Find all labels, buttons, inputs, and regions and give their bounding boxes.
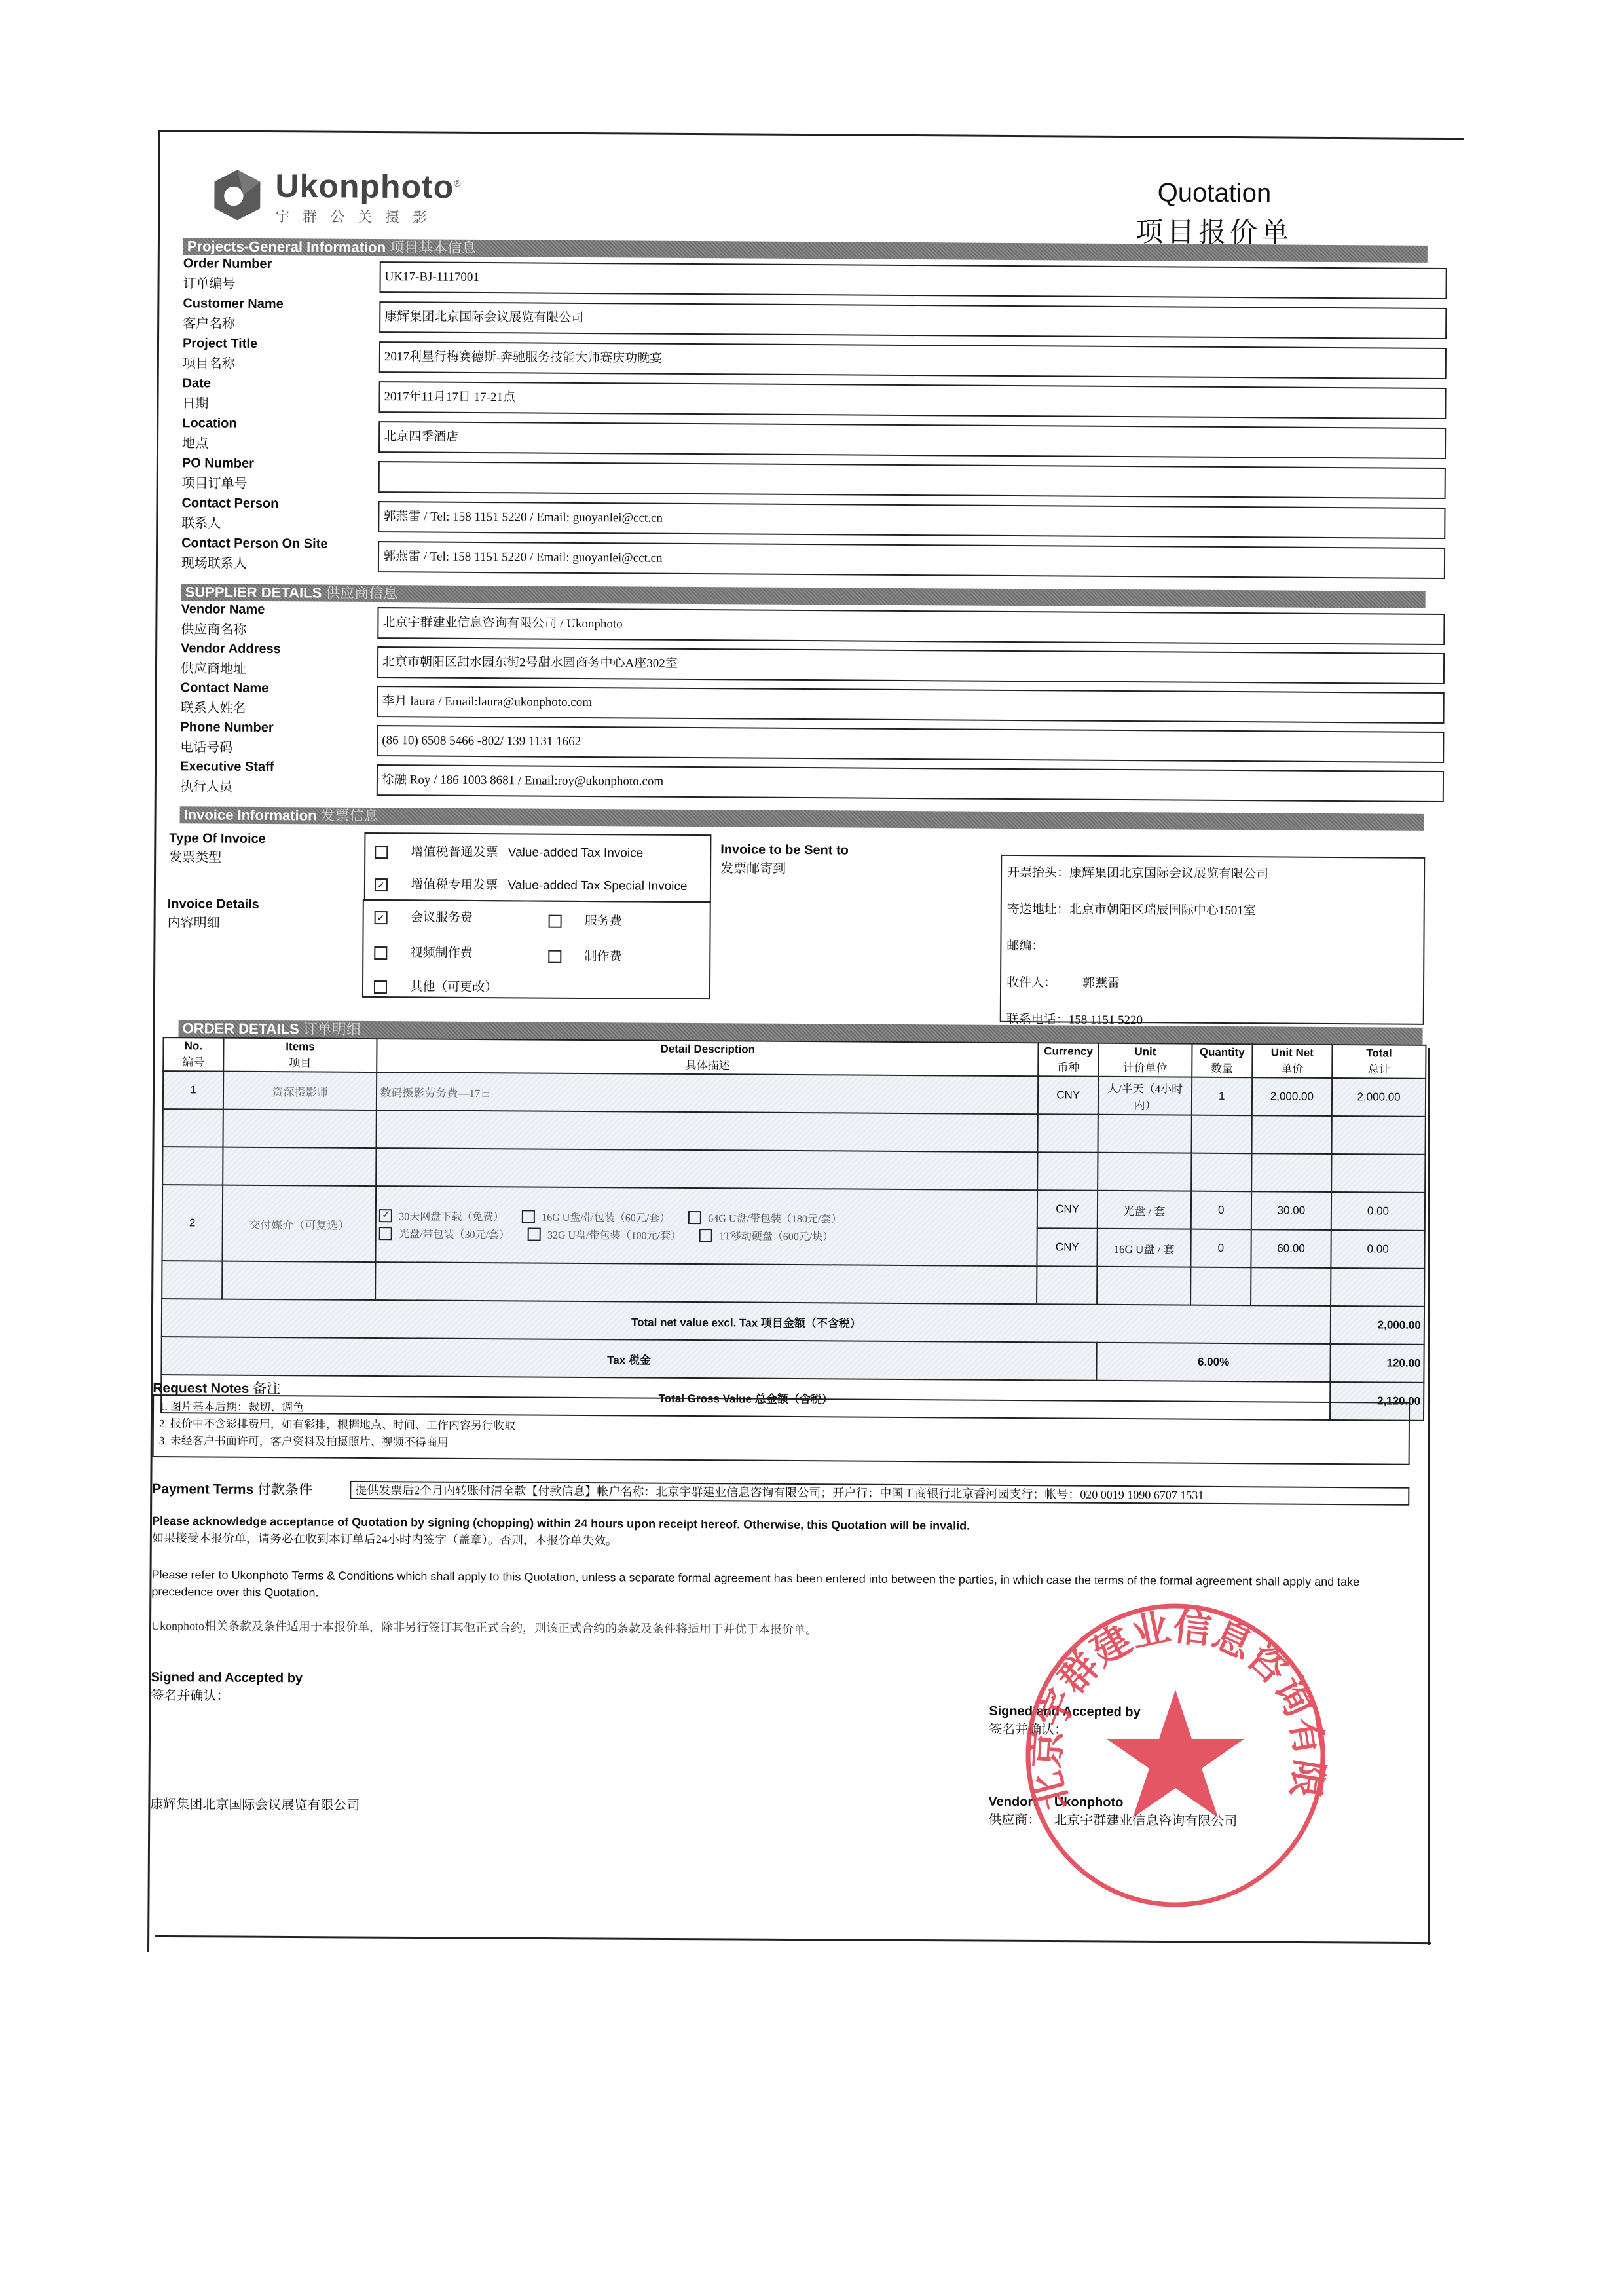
delivery-option-label: 32G U盘/带包装（100元/套） bbox=[547, 1227, 681, 1242]
checkbox[interactable] bbox=[688, 1210, 701, 1223]
checkbox[interactable] bbox=[375, 846, 388, 859]
section-invoice-header: Invoice Information发票信息 bbox=[180, 806, 1424, 831]
general-row: Date 日期 2017年11月17日 17-21点 bbox=[182, 376, 1459, 422]
cell-currency: CNY bbox=[1037, 1228, 1098, 1267]
cell-item: 交付媒介（可复选） bbox=[222, 1185, 376, 1262]
field-label: Date 日期 bbox=[182, 376, 378, 413]
order-table: No. 编号 Items 项目 Detail Description 具体描述 … bbox=[160, 1037, 1426, 1421]
field-value: 康辉集团北京国际会议展览有限公司 bbox=[379, 301, 1447, 339]
cell-desc: 数码摄影劳务费—17日 bbox=[377, 1072, 1038, 1114]
invoice-detail-option[interactable]: 制作费 bbox=[548, 946, 621, 965]
field-value: UK17-BJ-1117001 bbox=[379, 261, 1447, 299]
payment-terms-value: 提供发票后2个月内转账付清全款【付款信息】帐户名称：北京宇群建业信息咨询有限公司… bbox=[350, 1481, 1409, 1506]
checkbox[interactable] bbox=[699, 1229, 712, 1242]
field-value: 郭燕雷 / Tel: 158 1151 5220 / Email: guoyan… bbox=[378, 541, 1445, 579]
column-header: Quantity 数量 bbox=[1192, 1044, 1252, 1078]
title-en: Quotation bbox=[1135, 178, 1293, 208]
column-header: Detail Description 具体描述 bbox=[377, 1039, 1039, 1076]
invoice-type-option[interactable]: 增值税普通发票 Value-added Tax Invoice bbox=[375, 842, 643, 861]
invoice-type-label: Type Of Invoice 发票类型 bbox=[169, 831, 266, 866]
checkbox[interactable] bbox=[549, 915, 562, 928]
cell-unit-net: 30.00 bbox=[1251, 1191, 1331, 1230]
field-label: Contact Person On Site 现场联系人 bbox=[181, 536, 378, 572]
delivery-option-label: 光盘/带包装（30元/套） bbox=[399, 1225, 509, 1241]
column-header: Items 项目 bbox=[223, 1038, 377, 1072]
checkbox[interactable]: ✓ bbox=[379, 1209, 392, 1222]
cell-no: 2 bbox=[162, 1185, 223, 1261]
field-label: Project Title 项目名称 bbox=[183, 336, 379, 373]
general-row: Customer Name 客户名称 康辉集团北京国际会议展览有限公司 bbox=[183, 296, 1460, 342]
general-row: Order Number 订单编号 UK17-BJ-1117001 bbox=[183, 256, 1460, 302]
invoice-type-option[interactable]: ✓ 增值税专用发票 Value-added Tax Special Invoic… bbox=[375, 874, 688, 894]
invoice-detail-option[interactable]: ✓ 会议服务费 bbox=[375, 907, 473, 925]
page-border-right bbox=[1428, 1048, 1430, 1945]
invoice-sendto-label: Invoice to be Sent to 发票邮寄到 bbox=[720, 842, 849, 877]
general-row: Project Title 项目名称 2017利星行梅赛德斯-奔驰服务技能大师赛… bbox=[183, 336, 1460, 382]
refer-terms-en: Please refer to Ukonphoto Terms & Condit… bbox=[151, 1566, 1395, 1608]
general-row: Contact Person 联系人 郭燕雷 / Tel: 158 1151 5… bbox=[181, 496, 1458, 542]
general-row: Contact Person On Site 现场联系人 郭燕雷 / Tel: … bbox=[181, 536, 1458, 582]
field-value: 北京宇群建业信息咨询有限公司 / Ukonphoto bbox=[377, 607, 1445, 645]
field-label: Vendor Address 供应商地址 bbox=[181, 641, 377, 678]
field-label: PO Number 项目订单号 bbox=[182, 456, 378, 493]
checkbox[interactable]: ✓ bbox=[375, 878, 388, 891]
invoice-details-label: Invoice Details 内容明细 bbox=[168, 897, 259, 931]
cell-qty: 0 bbox=[1191, 1191, 1251, 1230]
ukonphoto-logo-icon bbox=[207, 165, 268, 226]
delivery-option-label: 30天网盘下载（免费） bbox=[399, 1208, 504, 1223]
checkbox[interactable] bbox=[548, 950, 561, 963]
field-value bbox=[378, 461, 1446, 499]
field-label: Executive Staff 执行人员 bbox=[180, 759, 377, 796]
field-label: Contact Name 联系人姓名 bbox=[181, 681, 377, 717]
cell-qty: 1 bbox=[1192, 1077, 1252, 1116]
tax-value: 120.00 bbox=[1330, 1344, 1424, 1383]
column-header: Currency 币种 bbox=[1038, 1043, 1098, 1077]
delivery-option-label: 16G U盘/带包装（60元/套） bbox=[542, 1209, 670, 1225]
column-header: Total 总计 bbox=[1332, 1045, 1426, 1079]
total-net-label: Total net value excl. Tax 项目金额（不含税） bbox=[162, 1299, 1331, 1344]
request-notes-box: 1. 图片基本后期：裁切、调色2. 报价中不含彩排费用，如有彩排，根据地点、时间… bbox=[153, 1394, 1411, 1465]
checkbox[interactable] bbox=[374, 946, 387, 960]
checkbox[interactable] bbox=[374, 980, 387, 994]
sendto-address: 寄送地址：北京市朝阳区瑞辰国际中心1501室 bbox=[1007, 891, 1268, 929]
column-header: Unit Net 单价 bbox=[1252, 1044, 1333, 1078]
delivery-option-label: 1T移动硬盘（600元/块） bbox=[719, 1227, 833, 1243]
field-value: 北京市朝阳区甜水园东街2号甜水园商务中心A座302室 bbox=[377, 646, 1445, 684]
field-label: Vendor Name 供应商名称 bbox=[181, 602, 377, 639]
cell-unit-net: 2,000.00 bbox=[1252, 1077, 1333, 1116]
supplier-row: Executive Staff 执行人员 徐融 Roy / 186 1003 8… bbox=[180, 759, 1457, 805]
invoice-detail-option[interactable]: 服务费 bbox=[549, 911, 622, 929]
supplier-row: Phone Number 电话号码 (86 10) 6508 5466 -802… bbox=[180, 720, 1457, 766]
field-value: 徐融 Roy / 186 1003 8681 / Email:roy@ukonp… bbox=[377, 764, 1444, 802]
delivery-media-options: ✓ 30天网盘下载（免费） 16G U盘/带包装（60元/套） 64G U盘/带… bbox=[376, 1186, 1038, 1266]
general-row: Location 地点 北京四季酒店 bbox=[182, 416, 1459, 462]
field-label: Order Number 订单编号 bbox=[183, 256, 379, 293]
sendto-title: 开票抬头：康辉集团北京国际会议展览有限公司 bbox=[1007, 855, 1268, 893]
cell-no: 1 bbox=[163, 1071, 223, 1110]
field-label: Contact Person 联系人 bbox=[181, 496, 378, 532]
tax-label: Tax 税金 bbox=[161, 1337, 1096, 1381]
field-label: Phone Number 电话号码 bbox=[180, 720, 377, 756]
company-logo: Ukonphoto® 宇群公关摄影 bbox=[207, 164, 462, 227]
total-net-value: 2,000.00 bbox=[1331, 1306, 1424, 1345]
checkbox[interactable] bbox=[528, 1227, 541, 1241]
quotation-page: Ukonphoto® 宇群公关摄影 Quotation 项目报价单 Projec… bbox=[147, 130, 1464, 1960]
field-value: 李月 laura / Email:laura@ukonphoto.com bbox=[377, 686, 1445, 724]
column-header: No. 编号 bbox=[163, 1037, 223, 1072]
vendor-block: Vendor:Ukonphoto 供应商：北京宇群建业信息咨询有限公司 bbox=[988, 1793, 1237, 1831]
checkbox[interactable] bbox=[379, 1227, 392, 1240]
tax-rate: 6.00% bbox=[1096, 1343, 1330, 1382]
field-label: Customer Name 客户名称 bbox=[183, 296, 379, 333]
sendto-recipient: 收件人：郭燕雷 bbox=[1006, 965, 1268, 1003]
invoice-detail-option[interactable]: 其他（可更改） bbox=[374, 977, 497, 995]
cell-unit: 光盘 / 套 bbox=[1098, 1191, 1191, 1229]
invoice-detail-option[interactable]: 视频制作费 bbox=[374, 942, 472, 961]
vendor-signature-block: Signed and Accepted by 签名并确认： bbox=[989, 1702, 1141, 1740]
customer-signature-block: Signed and Accepted by 签名并确认： bbox=[151, 1668, 303, 1706]
cell-unit-net: 60.00 bbox=[1251, 1229, 1331, 1268]
field-value: 2017年11月17日 17-21点 bbox=[378, 381, 1446, 419]
logo-cn: 宇群公关摄影 bbox=[275, 206, 461, 227]
sendto-postcode: 邮编： bbox=[1006, 928, 1268, 966]
cell-unit: 人/半天（4小时内） bbox=[1098, 1077, 1192, 1115]
supplier-row: Contact Name 联系人姓名 李月 laura / Email:laur… bbox=[181, 681, 1458, 726]
field-value: 2017利星行梅赛德斯-奔驰服务技能大师赛庆功晚宴 bbox=[379, 341, 1447, 379]
cell-qty: 0 bbox=[1190, 1229, 1251, 1268]
cell-currency: CNY bbox=[1038, 1076, 1098, 1115]
invoice-sendto-details: 开票抬头：康辉集团北京国际会议展览有限公司 寄送地址：北京市朝阳区瑞辰国际中心1… bbox=[1006, 855, 1269, 1039]
field-label: Location 地点 bbox=[182, 416, 378, 453]
general-row: PO Number 项目订单号 bbox=[182, 456, 1459, 502]
cell-total: 0.00 bbox=[1331, 1192, 1425, 1231]
column-header: Unit 计价单位 bbox=[1098, 1043, 1192, 1077]
cell-item: 资深摄影师 bbox=[223, 1072, 377, 1110]
document-title: Quotation 项目报价单 bbox=[1135, 178, 1293, 250]
refer-terms-cn: Ukonphoto相关条款及条件适用于本报价单，除非另行签订其他正式合约，则该正… bbox=[151, 1617, 1409, 1642]
cell-currency: CNY bbox=[1037, 1190, 1098, 1229]
cell-unit: 16G U盘 / 套 bbox=[1098, 1229, 1191, 1267]
supplier-row: Vendor Address 供应商地址 北京市朝阳区甜水园东街2号甜水园商务中… bbox=[181, 641, 1458, 687]
cell-total: 0.00 bbox=[1331, 1230, 1425, 1269]
checkbox[interactable] bbox=[522, 1210, 535, 1223]
field-value: 北京四季酒店 bbox=[378, 421, 1446, 459]
checkbox[interactable]: ✓ bbox=[375, 911, 388, 924]
field-value: 郭燕雷 / Tel: 158 1151 5220 / Email: guoyan… bbox=[378, 501, 1445, 539]
delivery-option-label: 64G U盘/带包装（180元/套） bbox=[708, 1210, 841, 1225]
supplier-row: Vendor Name 供应商名称 北京宇群建业信息咨询有限公司 / Ukonp… bbox=[181, 602, 1458, 648]
order-row-2a: 2 交付媒介（可复选） ✓ 30天网盘下载（免费） 16G U盘/带包装（60元… bbox=[162, 1185, 1425, 1231]
customer-company: 康辉集团北京国际会议展览有限公司 bbox=[150, 1795, 360, 1815]
logo-name: Ukonphoto® bbox=[275, 165, 462, 204]
payment-terms-label: Payment Terms 付款条件 bbox=[152, 1478, 312, 1499]
cell-total: 2,000.00 bbox=[1332, 1078, 1426, 1117]
field-value: (86 10) 6508 5466 -802/ 139 1131 1662 bbox=[377, 725, 1444, 763]
